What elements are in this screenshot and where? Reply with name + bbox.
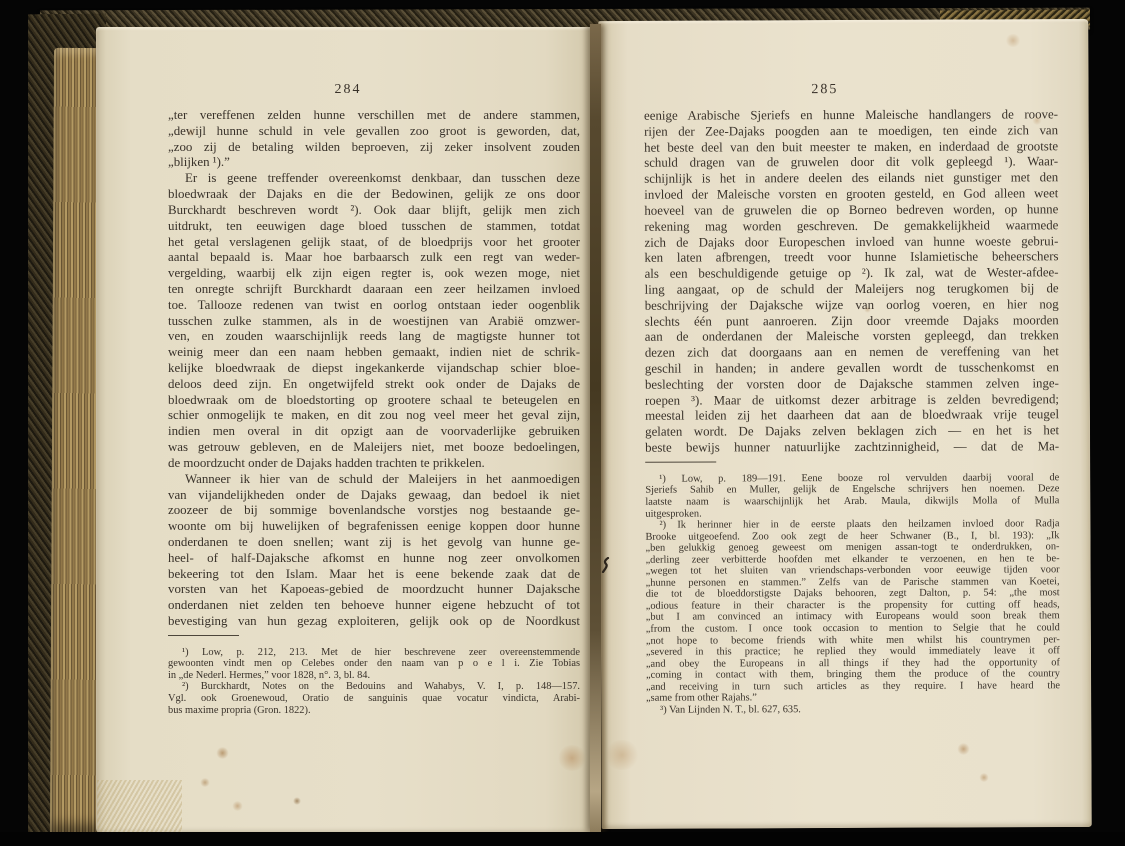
text-line: gewoonten vindt men op Celebes onder den… xyxy=(168,658,580,670)
left-page-number: 284 xyxy=(168,82,580,98)
left-page-footnotes: ¹) Low, p. 212, 213. Met de hier beschre… xyxy=(168,647,580,716)
text-line: vorsten van het Kapoeas-gebied de moordz… xyxy=(168,582,580,598)
paragraph: Er is geene treffender overeenkomst denk… xyxy=(168,171,580,471)
text-line: deloos deed zijn. En ongetwijfeld strekt… xyxy=(168,377,580,393)
text-line: ten onregte schrijft Burckhardt daaraan … xyxy=(168,282,580,298)
book-scan-photo: 284 „ter vereffenen zelden hunne verschi… xyxy=(0,0,1125,846)
text-line: „blijken ¹).” xyxy=(168,155,580,171)
text-line: zich de Dajaks door Europeschen invloed … xyxy=(644,234,1058,251)
text-line: schier onmogelijk te maken, en dit zou n… xyxy=(168,408,580,424)
text-line: eenige Arabische Sjeriefs en hunne Malei… xyxy=(644,107,1058,124)
text-line: bekeering tot den Islam. Maar het is een… xyxy=(168,567,580,583)
text-line: aan de onderdanen der Maleische vorsten … xyxy=(645,329,1059,346)
text-line: „and receiving in turn such articles as … xyxy=(646,680,1060,693)
text-line: heel- of half-Dajaksche afkomst en hunne… xyxy=(168,551,580,567)
text-line: Burckhardt beschreven wordt ²). Ook daar… xyxy=(168,203,580,219)
left-page-body: „ter vereffenen zelden hunne verschillen… xyxy=(168,108,580,630)
text-line: ling aangaat, op de schuld der Maleijers… xyxy=(645,281,1059,298)
text-line: Er is geene treffender overeenkomst denk… xyxy=(168,171,580,187)
right-page-text: 285 eenige Arabische Sjeriefs en hunne M… xyxy=(644,81,1060,716)
paragraph: Wanneer ik hier van de schuld der Maleij… xyxy=(168,472,580,630)
left-footnote-separator xyxy=(168,635,239,636)
text-line: laatste naam is waarschijnlijk het Arab.… xyxy=(645,495,1059,508)
text-line: slechts één punt aanroeren. Zijn door vr… xyxy=(645,313,1059,330)
text-line: „zoo zij de betaling wilden beproeven, z… xyxy=(168,140,580,156)
footnote: ³) Van Lijnden N. T., bl. 627, 635. xyxy=(646,703,1060,716)
right-page-body: eenige Arabische Sjeriefs en hunne Malei… xyxy=(644,107,1059,456)
text-line: toe. Tallooze redenen van twist en oorlo… xyxy=(168,298,580,314)
text-line: weinig meer dan een naam hebben gemaakt,… xyxy=(168,345,580,361)
footnote: ²) Burckhardt, Notes on the Bedouins and… xyxy=(168,681,580,716)
left-page-text: 284 „ter vereffenen zelden hunne verschi… xyxy=(168,82,580,716)
text-line: tusschen zulke stammen, als in de woesti… xyxy=(168,314,580,330)
text-line: ¹) Low, p. 212, 213. Met de hier beschre… xyxy=(168,647,580,659)
text-line: in „de Nederl. Hermes,” voor 1828, n°. 3… xyxy=(168,670,580,682)
text-line: beste bewijs hunner natuurlijke zachtzin… xyxy=(645,439,1059,456)
text-line: ³) Van Lijnden N. T., bl. 627, 635. xyxy=(646,703,1060,716)
text-line: Vgl. ook Groenewoud, Oratio de sanguinis… xyxy=(168,693,580,705)
text-line: onderdanen te doen snellen; want zij is … xyxy=(168,535,580,551)
text-line: „ben gelukkig genoeg geweest om menigen … xyxy=(646,541,1060,554)
text-line: rijen der Zee-Dajaks poogden aan te moed… xyxy=(644,123,1058,140)
text-line: hoeveel van de gruwelen die op Borneo be… xyxy=(644,202,1058,219)
paragraph: „ter vereffenen zelden hunne verschillen… xyxy=(168,108,580,171)
text-line: rekening mag worden geschreven. De gemak… xyxy=(644,218,1058,235)
text-line: schijnlijk is het in andere deelen des e… xyxy=(644,171,1058,188)
text-line: beslechting der vorsten door de Dajaksch… xyxy=(645,376,1059,393)
text-line: vergelding, waarbij elk zijn eigen regte… xyxy=(168,266,580,282)
text-line: van vijandelijkheden onder de Dajaks gew… xyxy=(168,488,580,504)
footnote: ¹) Low, p. 212, 213. Met de hier beschre… xyxy=(168,647,580,682)
text-line: het beste deel van den buit meester te m… xyxy=(644,139,1058,156)
text-line: bloedwraak om de bloedstorting op groote… xyxy=(168,393,580,409)
text-line: „severed in this practice; he replied th… xyxy=(646,645,1060,658)
book-gutter xyxy=(590,24,601,832)
text-line: ven, en zouden waarschijnlijk reeds lang… xyxy=(168,329,580,345)
text-line: ken laten afbrengen, treedt voor hunne I… xyxy=(644,250,1058,267)
paragraph: eenige Arabische Sjeriefs en hunne Malei… xyxy=(644,107,1059,456)
text-line: geschil in handen; in andere gevallen wo… xyxy=(645,360,1059,377)
text-line: aantal bepaald is. Maar hoe barbaarsch z… xyxy=(168,250,580,266)
text-line: kelijke bloedwraak de diepst ingekankerd… xyxy=(168,361,580,377)
footnote: ²) Ik herinner hier in de eerste plaats … xyxy=(645,518,1060,704)
text-line: schuld dragen van de gruwelen door dit v… xyxy=(644,155,1058,172)
text-line: roepen ³). Maar de uitkomst dezer arbitr… xyxy=(645,392,1059,409)
text-line: indien men overal in dit opzigt aan de v… xyxy=(168,424,580,440)
text-line: „dewijl hunne schuld in vele gevallen zo… xyxy=(168,124,580,140)
text-line: de moordzucht onder de Dajaks hadden tra… xyxy=(168,456,580,472)
text-line: „from the custom. I once took occasion t… xyxy=(646,622,1060,635)
text-line: dezen zich dat doorgaans aan en nemen de… xyxy=(645,344,1059,361)
text-line: ²) Ik herinner hier in de eerste plaats … xyxy=(645,518,1059,531)
text-line: bus maxime propria (Gron. 1822). xyxy=(168,705,580,717)
text-line: Wanneer ik hier van de schuld der Maleij… xyxy=(168,472,580,488)
right-page-footnotes: ¹) Low, p. 189—191. Eene booze rol vervu… xyxy=(645,472,1060,716)
text-line: was getrouw gebleven, en de Maleijers ni… xyxy=(168,440,580,456)
photo-bottom-edge xyxy=(0,832,1125,846)
text-line: zoozeer de bij sommige bovenlandsche vor… xyxy=(168,503,580,519)
text-line: meestal leiden zij het daarheen dat aan … xyxy=(645,408,1059,425)
text-line: woonte om bij huwelijken of begrafenisse… xyxy=(168,519,580,535)
left-page-corner-edges xyxy=(97,780,182,834)
text-line: beschrijving der Dajaksche wijze van oor… xyxy=(645,297,1059,314)
ink-mark xyxy=(601,557,611,573)
right-page-number: 285 xyxy=(644,81,1058,98)
text-line: bevestiging van hun gezag exploiteren, g… xyxy=(168,614,580,630)
footnote: ¹) Low, p. 189—191. Eene booze rol vervu… xyxy=(645,472,1059,520)
text-line: gelaten wordt. De Dajaks zelven beklagen… xyxy=(645,424,1059,441)
text-line: invloed der Maleische vorsten en grooten… xyxy=(644,186,1058,203)
text-line: bloedwraak der Dajaks en die der Bedowin… xyxy=(168,187,580,203)
text-line: ²) Burckhardt, Notes on the Bedouins and… xyxy=(168,681,580,693)
text-line: onderdanen niet zelden ten behoeve hunne… xyxy=(168,598,580,614)
right-footnote-separator xyxy=(645,461,716,462)
text-line: „ter vereffenen zelden hunne verschillen… xyxy=(168,108,580,124)
text-line: uitdrukt, ten eeuwigen dage bloed tussch… xyxy=(168,219,580,235)
text-line: als een beschuldigende getuige op ²). Ik… xyxy=(645,265,1059,282)
text-line: het getal verslagenen gelijk staat, of d… xyxy=(168,235,580,251)
